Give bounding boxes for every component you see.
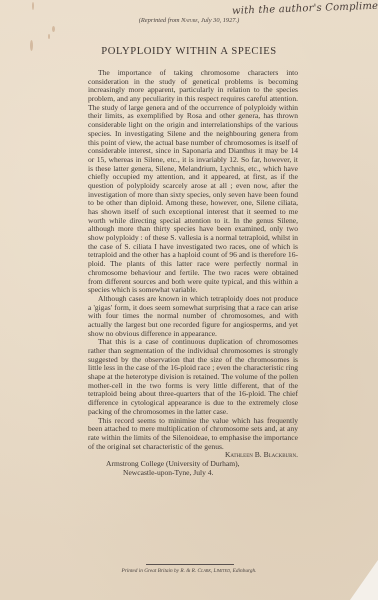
folded-corner (350, 560, 378, 600)
handwritten-inscription: with the author's Compliments (232, 0, 378, 17)
divider-rule (146, 564, 234, 565)
reprint-journal: Nature (181, 17, 198, 24)
paper-stain (48, 34, 50, 39)
reprint-suffix: , July 30, 1927.) (198, 17, 240, 24)
printer-imprint: Printed in Great Britain by R. & R. Clar… (0, 568, 378, 574)
printer-prefix: Printed in Great Britain by (122, 568, 181, 574)
paragraph: That this is a case of continuous duplic… (88, 338, 298, 416)
paragraph: The importance of taking chromosome char… (88, 69, 298, 295)
reprint-notice: (Reprinted from Nature, July 30, 1927.) (0, 17, 378, 24)
paper-stain (52, 26, 55, 32)
printer-firm: R. & R. Clark, Limited (180, 568, 230, 574)
paragraph: This record seems to minimise the value … (88, 417, 298, 452)
reprint-prefix: (Reprinted from (139, 17, 181, 24)
printer-suffix: , Edinburgh. (230, 568, 256, 574)
article-body: The importance of taking chromosome char… (88, 69, 298, 477)
paper-stain (32, 2, 34, 10)
author-location-date: Newcastle-upon-Tyne, July 4. (88, 469, 298, 478)
paragraph: Although cases are known in which tetrap… (88, 295, 298, 338)
article-title: POLYPLOIDY WITHIN A SPECIES (0, 46, 378, 57)
